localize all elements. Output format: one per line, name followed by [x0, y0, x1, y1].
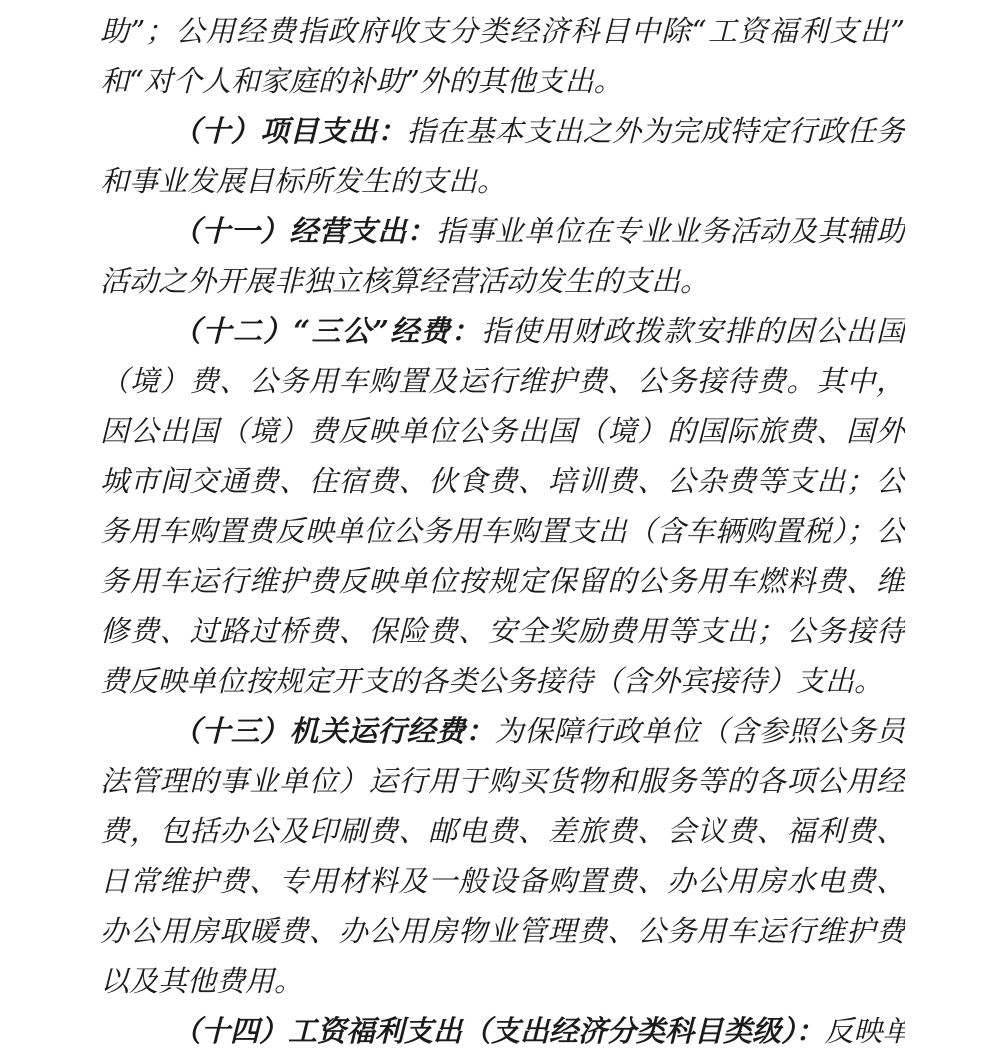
body-text: （境）费、公务用车购置及运行维护费、公务接待费。其中，: [100, 364, 905, 398]
text-line: 活动之外开展非独立核算经营活动发生的支出。: [100, 256, 905, 306]
document-body: 助”；公用经费指政府收支分类经济科目中除“工资福利支出”和“对个人和家庭的补助”…: [100, 6, 905, 1056]
body-text: 反映单: [825, 1014, 905, 1048]
body-text: 助”；公用经费指政府收支分类经济科目中除“工资福利支出”: [100, 14, 905, 48]
clause-heading-text: （十四）工资福利支出（支出经济分类科目类级）：: [172, 1014, 825, 1048]
text-line: 城市间交通费、住宿费、伙食费、培训费、公杂费等支出；公: [100, 456, 905, 506]
body-text: 和“对个人和家庭的补助”外的其他支出。: [100, 64, 623, 98]
text-line: 和事业发展目标所发生的支出。: [100, 156, 905, 206]
body-text: 指在基本支出之外为完成特定行政任务: [407, 114, 905, 148]
clause-heading-text: （十一）经营支出：: [172, 214, 436, 248]
body-text: 指使用财政拨款安排的因公出国: [481, 314, 905, 348]
body-text: 为保障行政单位（含参照公务员: [495, 714, 905, 748]
text-line: 助”；公用经费指政府收支分类经济科目中除“工资福利支出”: [100, 6, 905, 56]
body-text: 和事业发展目标所发生的支出。: [100, 164, 506, 198]
text-line: （十四）工资福利支出（支出经济分类科目类级）：反映单: [100, 1006, 905, 1056]
text-line: （十三）机关运行经费：为保障行政单位（含参照公务员: [100, 706, 905, 756]
clause-heading-text: （十二）“三公”经费：: [172, 314, 481, 348]
text-line: 日常维护费、专用材料及一般设备购置费、办公用房水电费、: [100, 856, 905, 906]
body-text: 日常维护费、专用材料及一般设备购置费、办公用房水电费、: [100, 864, 905, 898]
body-text: 指事业单位在专业业务活动及其辅助: [436, 214, 905, 248]
text-line: 因公出国（境）费反映单位公务出国（境）的国际旅费、国外: [100, 406, 905, 456]
text-line: （十一）经营支出：指事业单位在专业业务活动及其辅助: [100, 206, 905, 256]
text-line: 办公用房取暖费、办公用房物业管理费、公务用车运行维护费: [100, 906, 905, 956]
clause-heading-text: （十三）机关运行经费：: [172, 714, 495, 748]
text-line: （十二）“三公”经费：指使用财政拨款安排的因公出国: [100, 306, 905, 356]
body-text: 办公用房取暖费、办公用房物业管理费、公务用车运行维护费: [100, 914, 905, 948]
body-text: 修费、过路过桥费、保险费、安全奖励费用等支出；公务接待: [100, 614, 905, 648]
text-line: （境）费、公务用车购置及运行维护费、公务接待费。其中，: [100, 356, 905, 406]
body-text: 务用车购置费反映单位公务用车购置支出（含车辆购置税）；公: [100, 514, 905, 548]
text-line: 法管理的事业单位）运行用于购买货物和服务等的各项公用经: [100, 756, 905, 806]
text-line: 费反映单位按规定开支的各类公务接待（含外宾接待）支出。: [100, 656, 905, 706]
body-text: 以及其他费用。: [100, 964, 303, 998]
body-text: 活动之外开展非独立核算经营活动发生的支出。: [100, 264, 709, 298]
text-line: 费，包括办公及印刷费、邮电费、差旅费、会议费、福利费、: [100, 806, 905, 856]
text-line: 和“对个人和家庭的补助”外的其他支出。: [100, 56, 905, 106]
body-text: 法管理的事业单位）运行用于购买货物和服务等的各项公用经: [100, 764, 905, 798]
text-line: 务用车运行维护费反映单位按规定保留的公务用车燃料费、维: [100, 556, 905, 606]
body-text: 城市间交通费、住宿费、伙食费、培训费、公杂费等支出；公: [100, 464, 905, 498]
body-text: 费，包括办公及印刷费、邮电费、差旅费、会议费、福利费、: [100, 814, 905, 848]
text-line: （十）项目支出：指在基本支出之外为完成特定行政任务: [100, 106, 905, 156]
text-line: 务用车购置费反映单位公务用车购置支出（含车辆购置税）；公: [100, 506, 905, 556]
body-text: 因公出国（境）费反映单位公务出国（境）的国际旅费、国外: [100, 414, 905, 448]
body-text: 费反映单位按规定开支的各类公务接待（含外宾接待）支出。: [100, 664, 883, 698]
clause-heading-text: （十）项目支出：: [172, 114, 407, 148]
text-line: 修费、过路过桥费、保险费、安全奖励费用等支出；公务接待: [100, 606, 905, 656]
text-line: 以及其他费用。: [100, 956, 905, 1006]
document-page: 助”；公用经费指政府收支分类经济科目中除“工资福利支出”和“对个人和家庭的补助”…: [0, 0, 1000, 1056]
body-text: 务用车运行维护费反映单位按规定保留的公务用车燃料费、维: [100, 564, 905, 598]
